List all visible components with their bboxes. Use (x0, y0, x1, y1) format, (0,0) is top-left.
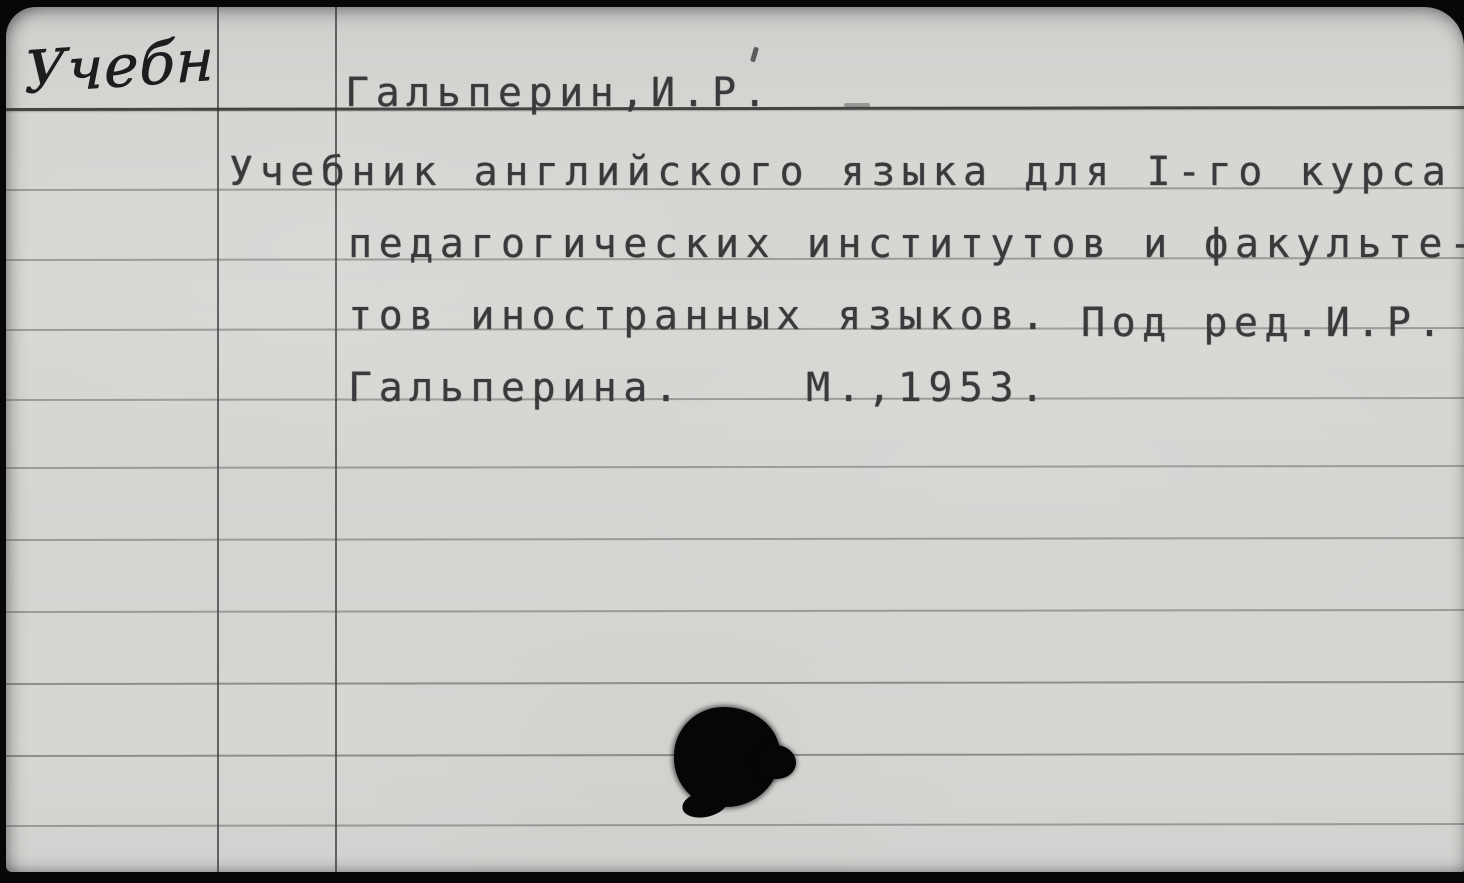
handwritten-class-mark: Учебн (24, 26, 214, 105)
catalog-card: Учебн Гальперин,И.Р. Учебник английского… (6, 7, 1464, 872)
imprint-year: М.,1953. (806, 368, 1051, 408)
horizontal-rule (6, 397, 1464, 401)
punch-hole (674, 707, 780, 807)
title-line-4: Гальперина. (348, 368, 684, 408)
horizontal-rule (6, 609, 1464, 613)
title-line-1: Учебник английского языка для I-го курса (229, 152, 1452, 192)
column-rule-right (335, 7, 337, 872)
horizontal-rule (6, 823, 1464, 827)
ink-smudge (844, 103, 870, 107)
horizontal-rule (6, 681, 1464, 685)
ink-speck (750, 47, 759, 63)
scan-background: Учебн Гальперин,И.Р. Учебник английского… (0, 0, 1464, 883)
author-line: Гальперин,И.Р. (345, 73, 773, 113)
editor-statement: Под ред.И.Р. (1081, 303, 1448, 343)
horizontal-rule (6, 537, 1464, 541)
horizontal-rule (6, 465, 1464, 469)
title-line-3: тов иностранных языков. (348, 296, 1051, 336)
title-line-2: педагогических институтов и факульте- (348, 224, 1464, 264)
column-rule-left (217, 7, 219, 872)
